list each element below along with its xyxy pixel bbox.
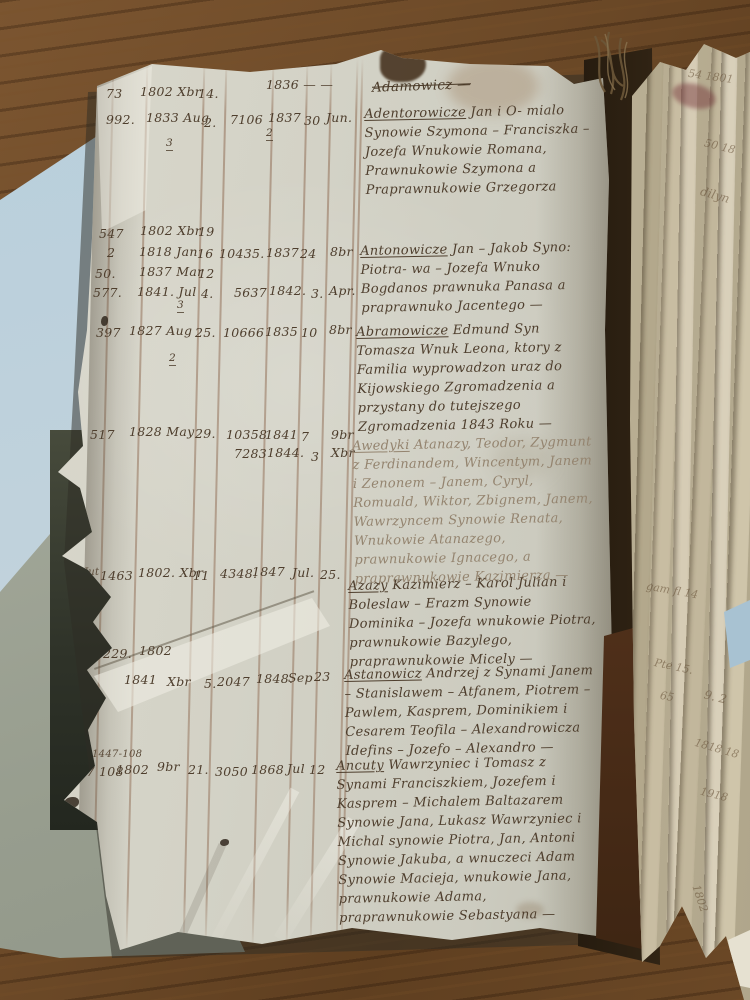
doc-day: 10 — [301, 327, 318, 340]
entry-number: 397 — [96, 327, 121, 340]
entry-date: 1828 May — [129, 426, 195, 439]
entry-day: 21. — [188, 764, 209, 777]
doc-month: 9br — [331, 429, 354, 442]
entry-number: 1463 — [100, 570, 133, 583]
doc-number: 7106 — [230, 114, 263, 127]
entry-date: 1841 — [124, 674, 157, 687]
entry-paragraph: Antonowicze Jan – Jakob Syno: Piotra- wa… — [360, 237, 597, 318]
header-year: 1836 — — — [266, 79, 333, 92]
entry-text: Wawrzyniec i Tomasz z Synami Franciszkie… — [336, 755, 581, 926]
doc-year: 1847 — [252, 566, 285, 579]
manuscript-photo: 1836 — — Adamowicz — m 73 1802 Xbr 14. 9… — [0, 0, 750, 1000]
struck-heading: Adamowicz — — [372, 78, 471, 95]
entry-number: 577. — [93, 287, 122, 300]
doc-day: 24 — [300, 248, 317, 261]
doc-year: 1841 — [265, 429, 298, 442]
page-fragment-text: 65 — [659, 689, 675, 704]
doc-month: Xbr — [331, 447, 355, 460]
sub-number: 3 — [177, 300, 184, 313]
entry-number: 2 — [107, 247, 115, 260]
entry-day: 2. — [204, 117, 217, 130]
entry-day: 14. — [198, 88, 219, 101]
doc-number: 10666 — [223, 327, 264, 340]
doc-year: 1844. — [267, 447, 304, 460]
ink-blot — [220, 839, 229, 846]
column-rule — [309, 58, 332, 950]
doc-number: 2047 — [217, 676, 250, 689]
entry-surname: Antonowicze — [360, 242, 448, 259]
entry-surname: Azazy — [348, 578, 388, 594]
entry-day: 16 — [197, 248, 214, 261]
entry-paragraph: Abramowicze Edmund Syn Tomasza Wnuk Leon… — [356, 318, 598, 437]
entry-day: 29. — [195, 428, 216, 441]
entry-paragraph: Adentorowicze Jan i O- mialo Synowie Szy… — [364, 101, 598, 200]
doc-month: Jul. — [292, 567, 314, 580]
column-rule — [182, 58, 205, 950]
doc-day: 30 — [304, 115, 321, 128]
column-rule — [285, 58, 308, 950]
doc-month: Jun. — [326, 112, 352, 125]
entry-surname: Adentorowicze — [364, 105, 466, 122]
sub-number: 2 — [169, 353, 176, 366]
doc-day: 12 — [309, 764, 326, 777]
doc-year: 1835 — [265, 326, 298, 339]
entry-date: 1833 Aug — [146, 112, 209, 125]
entry-date: 1802 Xbr — [140, 225, 201, 238]
doc-year: 1842. — [269, 285, 306, 298]
entry-day: 19 — [198, 226, 215, 239]
doc-number: 3050 — [215, 766, 248, 779]
entry-paragraph: Awedyki Atanazy, Teodor, Zygmunt z Ferdi… — [352, 432, 599, 589]
entry-paragraph: Ancuty Wawrzyniec i Tomasz z Synami Fran… — [336, 752, 597, 928]
sub-number: 2 — [266, 128, 273, 141]
doc-day: 3. — [311, 288, 324, 301]
entry-surname: Awedyki — [352, 438, 410, 454]
entry-date: 1818 Jan — [139, 246, 198, 259]
doc-month: Sep — [288, 672, 313, 685]
entry-text: Atanazy, Teodor, Zygmunt z Ferdinandem, … — [352, 434, 593, 587]
entry-number: 517 — [90, 429, 115, 442]
entry-number: 547 — [99, 228, 124, 241]
entry-day: 4. — [201, 288, 214, 301]
doc-number: 10358 — [226, 429, 267, 442]
entry-month: 9br — [157, 761, 180, 774]
doc-day: 7 — [301, 431, 309, 444]
entry-date: 1802 Xbr — [140, 86, 201, 99]
sub-number: 3 — [166, 138, 173, 151]
margin-note: 1447-108 — [92, 750, 142, 760]
binding-threads — [575, 28, 655, 118]
doc-number: 5637 — [234, 287, 267, 300]
doc-day: 3 — [311, 451, 319, 464]
entry-number: 50. — [95, 268, 116, 281]
doc-month: Apr. — [329, 285, 356, 298]
entry-day: 12 — [198, 268, 215, 281]
entry-day: 25. — [195, 327, 216, 340]
doc-month: Jul — [287, 763, 305, 776]
entry-number: 992. — [106, 114, 135, 127]
entry-date: 1837 Mar — [139, 266, 203, 279]
entry-surname: Abramowicze — [356, 323, 449, 340]
entry-paragraph: Azazy Kazimierz – Karol Julian i Bolesla… — [348, 572, 598, 672]
doc-month: 8br — [330, 246, 353, 259]
entry-number: 73 — [106, 88, 123, 101]
column-rule — [204, 58, 227, 950]
entry-paragraph: Astanowicz Andrzej z Synami Janem – Stan… — [344, 661, 598, 761]
entry-date: 1802 — [116, 764, 149, 777]
entry-date: 1802 — [139, 645, 172, 658]
entry-month: Xbr — [167, 676, 191, 689]
entry-day: 5. — [204, 678, 217, 691]
doc-number: 10435. — [219, 248, 265, 261]
doc-month: 8br — [329, 324, 352, 337]
doc-year: 1837 — [266, 247, 299, 260]
doc-year: 1837 — [268, 112, 301, 125]
entry-day: 11 — [193, 570, 210, 583]
entry-date: 1827 Aug — [129, 325, 192, 338]
doc-day: 23 — [314, 671, 331, 684]
entry-surname: Ancuty — [336, 758, 384, 774]
entry-surname: Astanowicz — [344, 667, 422, 683]
doc-year: 1868 — [251, 764, 284, 777]
doc-number: 7283 — [234, 448, 267, 461]
doc-day: 25. — [320, 569, 341, 582]
column-rule — [251, 58, 274, 950]
entry-date: 1841. Jul — [137, 286, 197, 299]
